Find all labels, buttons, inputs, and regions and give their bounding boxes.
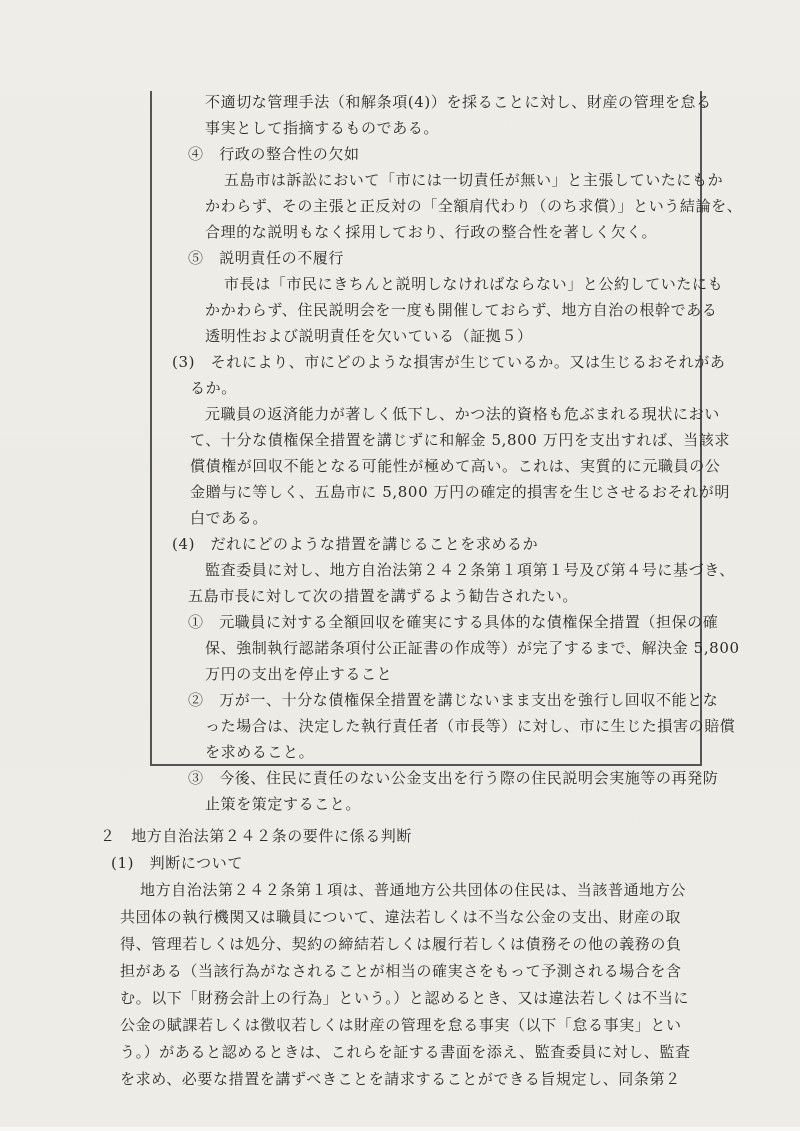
box-line: った場合は、決定した執行責任者（市長等）に対し、市に生じた損害の賠償 bbox=[205, 716, 735, 736]
section-heading-2: ２ 地方自治法第２４２条の要件に係る判断 bbox=[100, 826, 412, 846]
body-line: 得、管理若しくは処分、契約の締結若しくは履行若しくは債務その他の義務の負 bbox=[120, 934, 682, 954]
box-line: 万円の支出を停止すること bbox=[205, 664, 392, 684]
box-line: 白である。 bbox=[190, 508, 268, 528]
box-line: 金贈与に等しく、五島市に 5,800 万円の確定的損害を生じさせるおそれが明 bbox=[190, 482, 730, 502]
subsection-heading-3: (3) それにより、市にどのような損害が生じているか。又は生じるおそれがあ bbox=[172, 352, 725, 372]
document-page: 不適切な管理手法（和解条項(4)）を採ることに対し、財産の管理を怠る 事実として… bbox=[0, 0, 800, 1131]
body-line: 共団体の執行機関又は職員について、違法若しくは不当な公金の支出、財産の取 bbox=[120, 907, 681, 927]
subsection-heading-4: (4) だれにどのような措置を講じることを求めるか bbox=[172, 534, 538, 554]
box-line: かかわらず、住民説明会を一度も開催しておらず、地方自治の根幹である bbox=[205, 300, 717, 320]
box-line: 元職員の返済能力が著しく低下し、かつ法的資格も危ぶまれる現状におい bbox=[205, 404, 720, 424]
box-line: て、十分な債権保全措置を講じずに和解金 5,800 万円を支出すれば、当該求 bbox=[190, 430, 730, 450]
box-line: 五島市長に対して次の措置を講ずるよう勧告されたい。 bbox=[188, 586, 578, 606]
box-line: 監査委員に対し、地方自治法第２４２条第１項第１号及び第４号に基づき、 bbox=[205, 560, 735, 580]
measure-item-2: ② 万が一、十分な債権保全措置を講じないまま支出を強行し回収不能とな bbox=[188, 690, 718, 710]
body-line: 担がある（当該行為がなされることが相当の確実さをもって予測される場合を含 bbox=[120, 961, 682, 981]
box-line: るか。 bbox=[190, 378, 237, 398]
item-heading-5: ⑤ 説明責任の不履行 bbox=[188, 248, 344, 268]
box-line: 止策を策定すること。 bbox=[205, 794, 361, 814]
box-line: を求めること。 bbox=[205, 742, 314, 762]
box-line: 保、強制執行認諾条項付公正証書の作成等）が完了するまで、解決金 5,800 bbox=[205, 638, 740, 658]
box-line: 償債権が回収不能となる可能性が極めて高い。これは、実質的に元職員の公 bbox=[190, 456, 720, 476]
page-bottom-edge bbox=[0, 1127, 800, 1131]
box-line: かわらず、その主張と正反対の「全額肩代わり（のち求償）」という結論を、 bbox=[205, 196, 742, 216]
box-line: 事実として指摘するものである。 bbox=[205, 118, 439, 138]
box-line: 合理的な説明もなく採用しており、行政の整合性を著しく欠く。 bbox=[205, 222, 657, 242]
body-line: 地方自治法第２４２条第１項は、普通地方公共団体の住民は、当該普通地方公 bbox=[140, 880, 686, 900]
item-heading-4: ④ 行政の整合性の欠如 bbox=[188, 144, 360, 164]
box-line: 市長は「市民にきちんと説明しなければならない」と公約していたにも bbox=[224, 274, 723, 294]
measure-item-3: ③ 今後、住民に責任のない公金支出を行う際の住民説明会実施等の再発防 bbox=[188, 768, 718, 788]
box-line: 透明性および説明責任を欠いている（証拠５） bbox=[205, 326, 533, 346]
measure-item-1: ① 元職員に対する全額回収を確実にする具体的な債権保全措置（担保の確 bbox=[188, 612, 718, 632]
box-line: 五島市は訴訟において「市には一切責任が無い」と主張していたにもか bbox=[224, 170, 723, 190]
body-line: 公金の賦課若しくは徴収若しくは財産の管理を怠る事実（以下「怠る事実」とい bbox=[120, 1015, 682, 1035]
subsection-heading-judgment: (1) 判断について bbox=[111, 853, 243, 873]
box-line: 不適切な管理手法（和解条項(4)）を採ることに対し、財産の管理を怠る bbox=[205, 92, 712, 112]
body-line: を求め、必要な措置を講ずべきことを請求することができる旨規定し、同条第２ bbox=[120, 1069, 681, 1089]
body-line: む。以下「財務会計上の行為」という。）と認めるとき、又は違法若しくは不当に bbox=[120, 988, 689, 1008]
body-line: う。）があると認めるときは、これらを証する書面を添え、監査委員に対し、監査 bbox=[120, 1042, 691, 1062]
